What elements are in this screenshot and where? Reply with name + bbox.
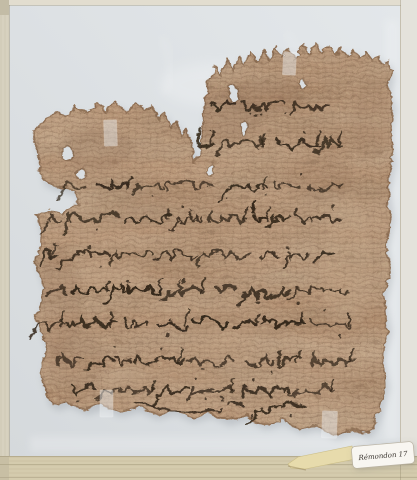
frame-corner (0, 456, 9, 480)
ink-dot (181, 278, 184, 281)
papyrus-stain (319, 190, 371, 330)
ink-dot (251, 378, 255, 382)
ink-dot (93, 228, 95, 230)
frame-grain (0, 0, 9, 480)
papyrus-hole (298, 78, 305, 86)
ink-dot (283, 244, 286, 247)
frame-border-right (400, 0, 417, 480)
ink-dot (198, 367, 202, 371)
ink-dot (253, 114, 256, 117)
ink-dot (226, 195, 228, 197)
ink-dot (163, 332, 166, 335)
ink-dot (337, 332, 340, 335)
ink-dot (111, 345, 113, 347)
ink-dot (128, 174, 131, 177)
frame-border-top (0, 0, 417, 5)
frame-corner (0, 0, 9, 15)
ink-dot (250, 112, 252, 114)
ink-dot (240, 298, 244, 302)
ink-dot (255, 299, 258, 302)
papyrus-stain (100, 363, 220, 407)
ink-dot (51, 241, 54, 244)
ink-dot (85, 244, 88, 247)
ink-dot (208, 129, 210, 131)
ink-dot (330, 204, 333, 207)
ink-dot (269, 370, 271, 372)
ink-dot (283, 111, 285, 113)
ink-dot (257, 113, 260, 116)
papyrus-hole (241, 119, 246, 133)
glass-light-band (30, 436, 370, 452)
ink-dot (202, 396, 204, 398)
papyrus-hole (228, 84, 236, 100)
ink-dot (268, 395, 272, 399)
ink-dot (301, 129, 304, 132)
papyrus-stain (284, 154, 352, 202)
ink-dot (219, 396, 222, 399)
mounting-tape (322, 411, 338, 439)
ink-dot (192, 376, 195, 379)
ink-dot (97, 263, 99, 265)
ink-dot (126, 279, 129, 282)
ink-dot (249, 204, 252, 207)
ink-dot (150, 193, 153, 196)
ink-dot (248, 413, 251, 416)
papyrus-stain (352, 80, 388, 160)
ink-dot (181, 204, 184, 207)
mounting-tape (100, 390, 113, 417)
ink-dot (263, 193, 266, 196)
papyrus-photo: Rémondon 17 (0, 0, 417, 480)
papyrus-hole (207, 163, 213, 173)
ink-dot (289, 414, 292, 417)
ink-dot (321, 308, 324, 311)
mounting-tape (282, 52, 296, 76)
mounting-tape (104, 120, 118, 146)
papyrus-hole (75, 167, 83, 177)
ink-dot (297, 171, 300, 174)
papyrus-hole (61, 145, 71, 159)
ink-dot (75, 398, 78, 401)
ink-dot (296, 299, 299, 302)
ink-dot (160, 347, 163, 350)
